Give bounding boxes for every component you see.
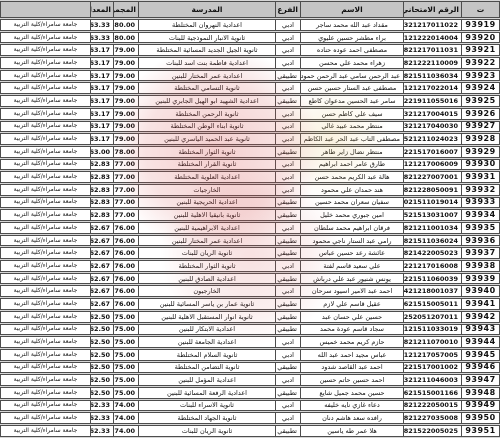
- cell-admission: جامعة سامراء/كلية التربية: [0, 324, 91, 336]
- cell-student-name: منتظر نضال زاير طاهر: [301, 146, 404, 158]
- cell-school: ثانوية الريان للبنات: [139, 247, 276, 259]
- cell-branch: ادبي: [276, 44, 301, 56]
- cell-average: 63.17: [91, 95, 114, 107]
- cell-total: 379.00: [114, 121, 139, 133]
- cell-branch: ادبي: [276, 82, 301, 94]
- cell-student-name: عائشة رعد حسين عباس: [301, 247, 404, 259]
- cell-school: اعدادية الرفعة المسائية للبنين: [139, 387, 276, 399]
- table-body: 939192321217011022مقداد عبد الله محمد سا…: [0, 19, 500, 437]
- cell-serial: 93925: [462, 95, 500, 107]
- cell-exam-number: 1821222050015: [404, 400, 462, 412]
- cell-branch: تطبيقي: [276, 95, 301, 107]
- cell-serial: 93947: [462, 374, 500, 386]
- table-row: 939501821227035008رافده سعد هاشم دنانادب…: [0, 412, 500, 424]
- cell-school: اعدادية فاطمة بنت اسد للبنات: [139, 57, 276, 69]
- col-header-total: المجموع: [114, 1, 139, 18]
- table-row: 939511821522005025هلا عمر طه ياسينتطبيقي…: [0, 425, 500, 437]
- cell-school: ثانوية الاسراء للبنات: [139, 400, 276, 412]
- cell-exam-number: 252051207011: [404, 311, 462, 323]
- table-row: 939301121217006009طارق عامر احمد ابراهيم…: [0, 159, 500, 171]
- cell-exam-number: 2221217016008: [404, 260, 462, 272]
- cell-serial: 93928: [462, 133, 500, 145]
- cell-school: اعدادية المؤمل للبنين: [139, 374, 276, 386]
- cell-admission: جامعة سامراء/كلية التربية: [0, 133, 91, 145]
- cell-total: 376.00: [114, 260, 139, 272]
- cell-total: 376.00: [114, 247, 139, 259]
- cell-total: 374.00: [114, 400, 139, 412]
- cell-serial: 93919: [462, 19, 500, 31]
- cell-total: 378.00: [114, 146, 139, 158]
- cell-admission: جامعة سامراء/كلية التربية: [0, 311, 91, 323]
- cell-branch: ادبي: [276, 374, 301, 386]
- cell-admission: جامعة سامراء/كلية التربية: [0, 298, 91, 310]
- cell-school: ثانوية الانبار النموذجية للبنات: [139, 32, 276, 44]
- cell-average: 63.17: [91, 70, 114, 82]
- cell-admission: جامعة سامراء/كلية التربية: [0, 247, 91, 259]
- cell-serial: 93930: [462, 159, 500, 171]
- cell-student-name: عباس مجيد احمد عبد الله: [301, 349, 404, 361]
- cell-average: 62.83: [91, 184, 114, 196]
- cell-average: 62.50: [91, 336, 114, 348]
- cell-exam-number: 1821511036024: [404, 235, 462, 247]
- cell-average: 63.17: [91, 121, 114, 133]
- table-row: 939462221517001002احمد عبد القاصد شدودتط…: [0, 362, 500, 374]
- cell-admission: جامعة سامراء/كلية التربية: [0, 235, 91, 247]
- cell-branch: تطبيقي: [276, 311, 301, 323]
- cell-admission: جامعة سامراء/كلية التربية: [0, 285, 91, 297]
- cell-branch: ادبي: [276, 133, 301, 145]
- cell-admission: جامعة سامراء/كلية التربية: [0, 44, 91, 56]
- cell-exam-number: 2321217004015: [404, 108, 462, 120]
- cell-branch: ادبي: [276, 171, 301, 183]
- cell-average: 63.17: [91, 108, 114, 120]
- cell-total: 376.00: [114, 273, 139, 285]
- cell-total: 379.00: [114, 95, 139, 107]
- table-row: 939361821511036024رامي عبد الستار ناجي م…: [0, 235, 500, 247]
- table-row: 939491821222050015دعاء غازي نايه خليفهاد…: [0, 400, 500, 412]
- cell-student-name: هلا عمر طه ياسين: [301, 425, 404, 437]
- cell-student-name: سفيان سعران محمد حسين: [301, 197, 404, 209]
- table-row: 939402421218001037احمد عبد الامير اسيود …: [0, 285, 500, 297]
- cell-school: اعدادية الصادق للبنين: [139, 273, 276, 285]
- cell-serial: 93926: [462, 108, 500, 120]
- cell-student-name: هالة عبد الكريم محمد حسن: [301, 171, 404, 183]
- table-row: 939332021511019014سفيان سعران محمد حسينت…: [0, 197, 500, 209]
- cell-branch: ادبي: [276, 400, 301, 412]
- col-header-serial: ت: [462, 1, 500, 18]
- cell-branch: تطبيقي: [276, 70, 301, 82]
- cell-admission: جامعة سامراء/كلية التربية: [0, 57, 91, 69]
- table-row: 939412621515005011عقيل قاسم علي لازمتطبي…: [0, 298, 500, 310]
- exam-results-table: ت الرقم الامتحاني الاسم الفرع المدرسة ال…: [0, 0, 500, 438]
- cell-average: 62.83: [91, 209, 114, 221]
- table-row: 939242121217022014مصطفى عبد الستار حسين …: [0, 82, 500, 94]
- cell-admission: جامعة سامراء/كلية التربية: [0, 197, 91, 209]
- cell-exam-number: 2421218001037: [404, 285, 462, 297]
- cell-branch: ادبي: [276, 57, 301, 69]
- cell-serial: 93946: [462, 362, 500, 374]
- cell-school: اعدادية العلوية المختلطة: [139, 171, 276, 183]
- header-row: ت الرقم الامتحاني الاسم الفرع المدرسة ال…: [0, 1, 500, 18]
- cell-student-name: سامر عبد الحسين مدعوان كاطع: [301, 95, 404, 107]
- cell-branch: ادبي: [276, 349, 301, 361]
- cell-total: 379.00: [114, 44, 139, 56]
- cell-serial: 93934: [462, 209, 500, 221]
- cell-total: 376.00: [114, 235, 139, 247]
- cell-average: 62.33: [91, 412, 114, 424]
- cell-exam-number: 3121222014004: [404, 32, 462, 44]
- cell-exam-number: 2121217022014: [404, 82, 462, 94]
- cell-school: ثانوية الرحمن المختلطة: [139, 108, 276, 120]
- cell-school: ثانوية الجهاد المختلطة: [139, 412, 276, 424]
- cell-average: 63.17: [91, 82, 114, 94]
- cell-branch: تطبيقي: [276, 247, 301, 259]
- cell-student-name: يونس شنيور عبد علي درباش: [301, 273, 404, 285]
- cell-serial: 93938: [462, 260, 500, 272]
- cell-student-name: مقداد عبد الله محمد ساجر: [301, 19, 404, 31]
- cell-total: 377.00: [114, 209, 139, 221]
- cell-average: 62.50: [91, 374, 114, 386]
- cell-admission: جامعة سامراء/كلية التربية: [0, 70, 91, 82]
- cell-exam-number: 1821228050091: [404, 184, 462, 196]
- cell-admission: جامعة سامراء/كلية التربية: [0, 32, 91, 44]
- cell-student-name: سجاد قاسم عودة محمد: [301, 324, 404, 336]
- cell-average: 63.17: [91, 44, 114, 56]
- cell-total: 375.00: [114, 362, 139, 374]
- exam-results-page: ت الرقم الامتحاني الاسم الفرع المدرسة ال…: [0, 0, 500, 438]
- cell-serial: 93932: [462, 184, 500, 196]
- cell-serial: 93941: [462, 298, 500, 310]
- cell-admission: جامعة سامراء/كلية التربية: [0, 374, 91, 386]
- table-row: 939282521211024023مصطفى التاب عبد الحر ع…: [0, 133, 500, 145]
- cell-admission: جامعة سامراء/كلية التربية: [0, 19, 91, 31]
- cell-exam-number: 1821511036034: [404, 70, 462, 82]
- cell-admission: جامعة سامراء/كلية التربية: [0, 146, 91, 158]
- cell-total: 374.00: [114, 412, 139, 424]
- cell-total: 375.00: [114, 349, 139, 361]
- table-row: 939311821227007001هالة عبد الكريم محمد ح…: [0, 171, 500, 183]
- cell-branch: ادبي: [276, 285, 301, 297]
- col-header-exam-number: الرقم الامتحاني: [404, 1, 462, 18]
- cell-exam-number: 2121217057005: [404, 349, 462, 361]
- cell-average: 62.83: [91, 197, 114, 209]
- cell-serial: 93936: [462, 235, 500, 247]
- cell-average: 62.50: [91, 387, 114, 399]
- table-row: 939382221217016008علي سعيد قاسم لفتةادبي…: [0, 260, 500, 272]
- cell-branch: تطبيقي: [276, 362, 301, 374]
- cell-average: 63.17: [91, 133, 114, 145]
- cell-serial: 93927: [462, 121, 500, 133]
- cell-exam-number: 1121217006009: [404, 159, 462, 171]
- cell-total: 380.00: [114, 19, 139, 31]
- cell-school: ثانوية عبد الحميد الياسري للبنين: [139, 133, 276, 145]
- cell-student-name: سيف علي كاظم حسن: [301, 108, 404, 120]
- table-row: 939203121222014004براء مطشر حسين عليوياد…: [0, 32, 500, 44]
- cell-average: 62.67: [91, 285, 114, 297]
- cell-school: ثانوية التسامي المختلطة: [139, 82, 276, 94]
- table-row: 939252221911055016سامر عبد الحسين مدعوان…: [0, 95, 500, 107]
- cell-branch: ادبي: [276, 336, 301, 348]
- cell-average: 62.67: [91, 298, 114, 310]
- cell-exam-number: 1821227007001: [404, 171, 462, 183]
- cell-branch: ادبي: [276, 260, 301, 272]
- cell-total: 375.00: [114, 387, 139, 399]
- cell-exam-number: 2221517001002: [404, 362, 462, 374]
- cell-branch: ادبي: [276, 184, 301, 196]
- cell-exam-number: 2521513031007: [404, 209, 462, 221]
- cell-exam-number: 2621515001166: [404, 387, 462, 399]
- cell-exam-number: 1821211070010: [404, 336, 462, 348]
- cell-serial: 93923: [462, 70, 500, 82]
- cell-student-name: حسين علي حسان عبد: [301, 311, 404, 323]
- cell-total: 375.00: [114, 374, 139, 386]
- cell-branch: تطبيقي: [276, 235, 301, 247]
- col-header-average: المعدل: [91, 1, 114, 18]
- cell-total: 380.00: [114, 32, 139, 44]
- cell-admission: جامعة سامراء/كلية التربية: [0, 171, 91, 183]
- cell-school: اعدادية الابراهيمية للبنين: [139, 222, 276, 234]
- cell-student-name: فرقان ابراهيم محمد سلطان: [301, 222, 404, 234]
- cell-school: اعدادية عمر المختار للبنين: [139, 235, 276, 247]
- cell-serial: 93950: [462, 412, 500, 424]
- cell-average: 62.67: [91, 222, 114, 234]
- cell-serial: 93949: [462, 400, 500, 412]
- cell-average: 63.17: [91, 57, 114, 69]
- cell-exam-number: 1121511033019: [404, 324, 462, 336]
- cell-exam-number: 1821211001034: [404, 222, 462, 234]
- cell-school: ثانوية انوار المستقبل الاهلية للبنين: [139, 311, 276, 323]
- cell-total: 377.00: [114, 159, 139, 171]
- cell-total: 376.00: [114, 298, 139, 310]
- table-row: 93942252051207011حسين علي حسان عبدتطبيقي…: [0, 311, 500, 323]
- cell-student-name: طارق عامر احمد ابراهيم: [301, 159, 404, 171]
- cell-branch: تطبيقي: [276, 146, 301, 158]
- cell-student-name: علي سعيد قاسم لفتة: [301, 260, 404, 272]
- cell-school: ثانوية ابناء الوطن المختلطة: [139, 121, 276, 133]
- table-row: 939262321217004015سيف علي كاظم حسنادبيثا…: [0, 108, 500, 120]
- cell-admission: جامعة سامراء/كلية التربية: [0, 209, 91, 221]
- cell-serial: 93951: [462, 425, 500, 437]
- cell-school: الخارجيون: [139, 285, 276, 297]
- cell-exam-number: 1821422005023: [404, 247, 462, 259]
- col-header-branch: الفرع: [276, 1, 301, 18]
- cell-admission: جامعة سامراء/كلية التربية: [0, 95, 91, 107]
- cell-school: ثانوية الثوار المختلطة: [139, 260, 276, 272]
- cell-serial: 93945: [462, 349, 500, 361]
- table-row: 939321821228050091هند حمدان علي محمودادب…: [0, 184, 500, 196]
- cell-branch: ادبي: [276, 32, 301, 44]
- cell-branch: ادبي: [276, 108, 301, 120]
- cell-student-name: حازم كريم محمد خميس: [301, 336, 404, 348]
- cell-branch: تطبيقي: [276, 209, 301, 221]
- table-row: 939192321217011022مقداد عبد الله محمد سا…: [0, 19, 500, 31]
- cell-school: ثانوية بانيقيا الاهلية للبنين: [139, 209, 276, 221]
- cell-admission: جامعة سامراء/كلية التربية: [0, 349, 91, 361]
- col-header-name: الاسم: [301, 1, 404, 18]
- cell-average: 62.50: [91, 362, 114, 374]
- cell-branch: تطبيقي: [276, 298, 301, 310]
- cell-branch: ادبي: [276, 222, 301, 234]
- cell-school: ثانوية الجيل الجديد المسائية المختلطة: [139, 44, 276, 56]
- cell-student-name: حسين محمد جميل شايع: [301, 387, 404, 399]
- cell-branch: تطبيقي: [276, 387, 301, 399]
- cell-total: 375.00: [114, 336, 139, 348]
- cell-serial: 93922: [462, 57, 500, 69]
- cell-admission: جامعة سامراء/كلية التربية: [0, 121, 91, 133]
- table-row: 939431121511033019سجاد قاسم عودة محمدتطب…: [0, 324, 500, 336]
- cell-serial: 93948: [462, 387, 500, 399]
- cell-total: 377.00: [114, 184, 139, 196]
- cell-total: 374.00: [114, 425, 139, 437]
- cell-student-name: امين جبوري محمد خليل: [301, 209, 404, 221]
- cell-branch: ادبي: [276, 412, 301, 424]
- cell-exam-number: 2521211024023: [404, 133, 462, 145]
- cell-total: 377.00: [114, 197, 139, 209]
- cell-student-name: مصطفى التاب عبد الحر عبد الكاظم: [301, 133, 404, 145]
- table-row: 939482621515001166حسين محمد جميل شايعتطب…: [0, 387, 500, 399]
- cell-branch: ادبي: [276, 159, 301, 171]
- cell-student-name: عقيل قاسم علي لازم: [301, 298, 404, 310]
- cell-admission: جامعة سامراء/كلية التربية: [0, 108, 91, 120]
- cell-serial: 93944: [462, 336, 500, 348]
- col-header-school: المدرسة: [139, 1, 276, 18]
- table-row: 939211821217011031مصطفى احمد عوده حنادها…: [0, 44, 500, 56]
- cell-admission: جامعة سامراء/كلية التربية: [0, 273, 91, 285]
- cell-exam-number: 2321217011022: [404, 19, 462, 31]
- cell-school: ثانوية القرار المختلطة: [139, 159, 276, 171]
- cell-branch: ادبي: [276, 121, 301, 133]
- cell-serial: 93929: [462, 146, 500, 158]
- cell-admission: جامعة سامراء/كلية التربية: [0, 387, 91, 399]
- cell-total: 379.00: [114, 108, 139, 120]
- cell-serial: 93935: [462, 222, 500, 234]
- cell-student-name: مصطفى عبد الستار حسين حسن: [301, 82, 404, 94]
- cell-exam-number: 2321211046003: [404, 374, 462, 386]
- cell-branch: ادبي: [276, 19, 301, 31]
- cell-exam-number: 2221911055016: [404, 95, 462, 107]
- cell-school: ثانوية التضامن المختلطة: [139, 362, 276, 374]
- cell-branch: تطبيقي: [276, 425, 301, 437]
- cell-student-name: احمد عبد الامير اسيود سرحان: [301, 285, 404, 297]
- cell-admission: جامعة سامراء/كلية التربية: [0, 159, 91, 171]
- cell-admission: جامعة سامراء/كلية التربية: [0, 412, 91, 424]
- cell-average: 62.67: [91, 260, 114, 272]
- cell-student-name: هند حمدان علي محمود: [301, 184, 404, 196]
- cell-school: ثانوية الريان للبنات: [139, 425, 276, 437]
- cell-admission: جامعة سامراء/كلية التربية: [0, 184, 91, 196]
- cell-student-name: رامي عبد الستار ناجي محمود: [301, 235, 404, 247]
- cell-exam-number: 1821217011031: [404, 44, 462, 56]
- table-row: 939221821222110009زهراء محمد علي محسنادب…: [0, 57, 500, 69]
- cell-school: اعدادية الحريجية للبنين: [139, 197, 276, 209]
- cell-exam-number: 1821222110009: [404, 57, 462, 69]
- cell-total: 379.00: [114, 82, 139, 94]
- cell-student-name: احمد حسين حاتم حسين: [301, 374, 404, 386]
- cell-serial: 93921: [462, 44, 500, 56]
- cell-branch: تطبيقي: [276, 273, 301, 285]
- cell-student-name: براء مطشر حسين عليوي: [301, 32, 404, 44]
- cell-total: 375.00: [114, 324, 139, 336]
- cell-admission: جامعة سامراء/كلية التربية: [0, 362, 91, 374]
- table-row: 939351821211001034فرقان ابراهيم محمد سلط…: [0, 222, 500, 234]
- cell-average: 62.50: [91, 311, 114, 323]
- cell-total: 379.00: [114, 70, 139, 82]
- cell-average: 62.50: [91, 349, 114, 361]
- cell-student-name: عبد الرحمن سامي عبد الرحمن حمود: [301, 70, 404, 82]
- cell-serial: 93933: [462, 197, 500, 209]
- cell-average: 63.33: [91, 32, 114, 44]
- cell-total: 379.00: [114, 133, 139, 145]
- cell-school: الخارجيات: [139, 184, 276, 196]
- cell-average: 62.83: [91, 171, 114, 183]
- table-row: 939292221517016007منتظر نضال زاير طاهرتط…: [0, 146, 500, 158]
- cell-school: اعدادية الشهيد ابو الهيل الجابري للبنين: [139, 95, 276, 107]
- cell-serial: 93931: [462, 171, 500, 183]
- cell-school: اعدادية النهروان المختلطة: [139, 19, 276, 31]
- cell-school: ثانوية الثوار المختلطة: [139, 146, 276, 158]
- cell-average: 62.67: [91, 273, 114, 285]
- cell-student-name: دعاء غازي نايه خليفه: [301, 400, 404, 412]
- cell-serial: 93939: [462, 273, 500, 285]
- table-row: 939392221511060039يونس شنيور عبد علي درب…: [0, 273, 500, 285]
- cell-exam-number: 2221511060039: [404, 273, 462, 285]
- cell-exam-number: 1821227035008: [404, 412, 462, 424]
- cell-average: 62.33: [91, 425, 114, 437]
- cell-exam-number: 1821522005025: [404, 425, 462, 437]
- cell-average: 62.33: [91, 400, 114, 412]
- cell-admission: جامعة سامراء/كلية التربية: [0, 82, 91, 94]
- cell-admission: جامعة سامراء/كلية التربية: [0, 260, 91, 272]
- cell-serial: 93920: [462, 32, 500, 44]
- cell-school: اعدادية الابتكار للبنين: [139, 324, 276, 336]
- cell-exam-number: 2321217040030: [404, 121, 462, 133]
- table-row: 939472321211046003احمد حسين حاتم حسينادب…: [0, 374, 500, 386]
- cell-average: 62.67: [91, 235, 114, 247]
- cell-serial: 93924: [462, 82, 500, 94]
- cell-total: 379.00: [114, 57, 139, 69]
- cell-average: 62.67: [91, 247, 114, 259]
- cell-admission: جامعة سامراء/كلية التربية: [0, 222, 91, 234]
- cell-admission: جامعة سامراء/كلية التربية: [0, 400, 91, 412]
- cell-school: ثانوية السلام المختلطة: [139, 349, 276, 361]
- cell-student-name: رافده سعد هاشم دنان: [301, 412, 404, 424]
- cell-total: 376.00: [114, 285, 139, 297]
- cell-school: ثانوية عمار بن ياسر المسائية للبنين: [139, 298, 276, 310]
- cell-school: اعدادية عمر المختار للبنين: [139, 70, 276, 82]
- cell-student-name: احمد عبد القاصد شدود: [301, 362, 404, 374]
- cell-total: 376.00: [114, 222, 139, 234]
- table-row: 939441821211070010حازم كريم محمد خميسادب…: [0, 336, 500, 348]
- col-header-admission: [0, 1, 91, 18]
- cell-average: 63.00: [91, 146, 114, 158]
- cell-total: 375.00: [114, 311, 139, 323]
- cell-admission: جامعة سامراء/كلية التربية: [0, 425, 91, 437]
- cell-total: 377.00: [114, 171, 139, 183]
- cell-exam-number: 2221517016007: [404, 146, 462, 158]
- table-row: 939371821422005023عائشة رعد حسين عباستطب…: [0, 247, 500, 259]
- cell-serial: 93937: [462, 247, 500, 259]
- cell-branch: تطبيقي: [276, 197, 301, 209]
- cell-serial: 93940: [462, 285, 500, 297]
- cell-exam-number: 2621515005011: [404, 298, 462, 310]
- table-row: 939342521513031007امين جبوري محمد خليلتط…: [0, 209, 500, 221]
- table-row: 939231821511036034عبد الرحمن سامي عبد ال…: [0, 70, 500, 82]
- cell-branch: تطبيقي: [276, 324, 301, 336]
- cell-admission: جامعة سامراء/كلية التربية: [0, 336, 91, 348]
- cell-school: اعدادية الجامعة للبنين: [139, 336, 276, 348]
- cell-student-name: منتظر محمد عبيد غالي: [301, 121, 404, 133]
- table-row: 939272321217040030منتظر محمد عبيد غالياد…: [0, 121, 500, 133]
